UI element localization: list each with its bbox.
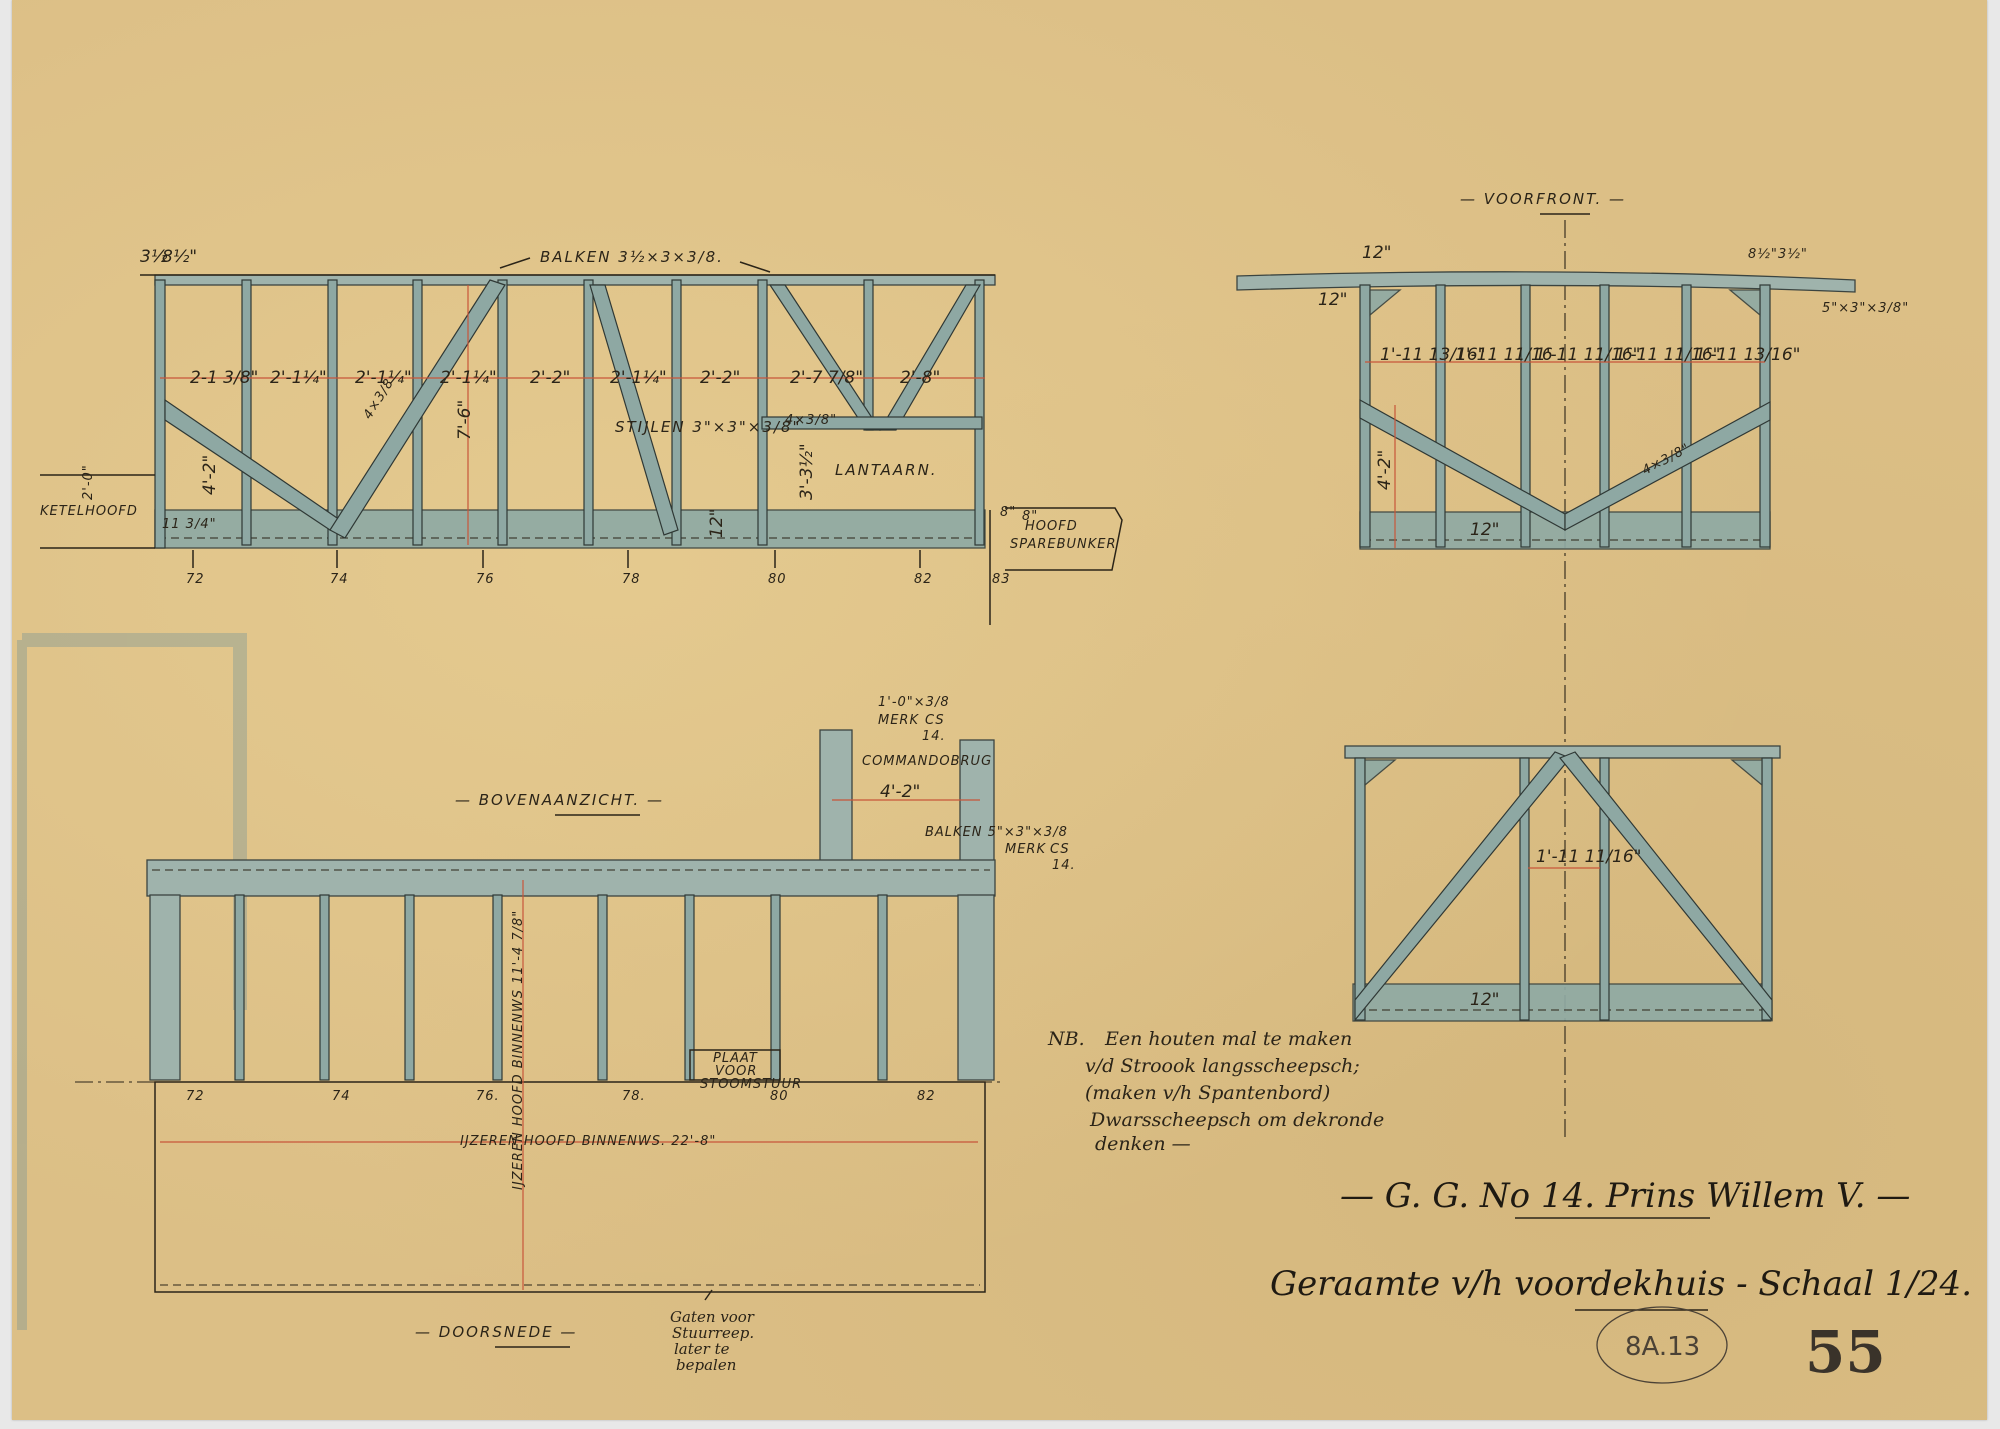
bridge-plate-label: 1'-0"×3/8 [878,695,950,710]
drawing-sheet: 4×3/8" 2-1 3/8" 2'-1¼" 2'-1¼" 2'-1¼" 2'-… [12,0,1987,1420]
note-line-2: v/d Stroook langsscheepsch; [1085,1055,1360,1077]
bay-width-2: 2'-1¼" [270,368,327,388]
plate-height: 12" [707,509,727,538]
bridge-beam-merk-number: 14. [1052,858,1076,873]
section-title: — DOORSNEDE — [415,1323,577,1341]
ketelhoofd-height: 2'-0" [81,464,96,500]
faded-outline [22,640,240,1330]
frame-72: 72 [186,572,205,587]
note-line-5: denken — [1095,1133,1191,1155]
front-height-brace: 4'-2" [1375,450,1395,490]
rear-elevation: 1'-11 11/16" 12" [1345,746,1780,1021]
front-plate-height: 12" [1470,520,1499,540]
front-bay-5: 1'-11 13/16" [1695,345,1800,365]
bridge-beam-merk-mark: CS [1050,842,1070,857]
height-overall: 7'-6" [455,400,475,440]
note-line-4: Dwarsscheepsch om dekronde [1089,1109,1384,1131]
inner-depth-label: IJZEREN HOOFD BINNENWS 11'-4 7/8" [511,910,526,1190]
plan-title: — BOVENAANZICHT. — [455,791,664,809]
frame-83: 83 [992,572,1011,587]
drawing-title: Geraamte v/h voordekhuis - Schaal 1/24. [1270,1264,1972,1304]
front-beam-label: 5"×3"×3/8" [1822,301,1909,316]
frame-78: 78 [622,572,641,587]
bay-width-9: 2'-8" [900,368,940,388]
front-view-title: — VOORFRONT. — [1460,190,1626,208]
bridge-merk-mark: CS [925,713,945,728]
bay-width-1: 2-1 3/8" [190,368,258,388]
ship-title: — G. G. No 14. Prins Willem V. — [1340,1176,1910,1216]
bridge-label: COMMANDOBRUG [862,754,992,769]
bunker-dim-a: 8" [1000,505,1016,520]
top-dim-b: 8½" [162,247,197,267]
lantern-label: LANTAARN. [835,461,938,479]
frame-80: 80 [768,572,787,587]
bay-width-7: 2'-2" [700,368,740,388]
frame-74: 74 [330,572,349,587]
archive-mark: 8A.13 [1625,1332,1700,1362]
inner-width-label: IJZEREN HOOFD BINNENWS. 22'-8" [460,1134,716,1149]
plan-frame-80: 80 [770,1089,789,1104]
bunker-dim-b: 8" [1022,509,1038,524]
bay-width-6: 2'-1¼" [610,368,667,388]
bay-width-8: 2'-7 7/8" [790,368,863,388]
bridge-merk-label: MERK [878,713,919,728]
plan-frame-78: 78. [622,1089,646,1104]
plan-view: — BOVENAANZICHT. — 1'-0"×3/8 MERK CS 14.… [75,695,1076,1374]
frame-82: 82 [914,572,933,587]
bay-width-5: 2'-2" [530,368,570,388]
frame-markers: 72 74 76 78 80 82 83 [186,550,1011,587]
front-top-dim-right-b: 3½" [1778,247,1808,262]
nb-note: NB. Een houten mal te maken v/d Stroook … [1047,1028,1384,1155]
note-line-3: (maken v/h Spantenbord) [1085,1082,1330,1104]
note-prefix: NB. [1047,1028,1085,1050]
bunker-label-2: SPAREBUNKER [1010,537,1117,552]
ketelhoofd-label: KETELHOOFD [40,504,138,519]
frame-76: 76 [476,572,495,587]
height-brace: 4'-2" [200,455,220,495]
sheet-number: 55 [1805,1318,1886,1386]
front-side-dim-left: 12" [1318,290,1347,310]
bridge-beam-label: BALKEN 5"×3"×3/8 [925,825,1068,840]
bridge-beam-merk: MERK [1005,842,1046,857]
front-top-dim-right-a: 8½" [1748,247,1778,262]
section-note-4: bepalen [676,1356,736,1374]
beam-label: BALKEN 3½×3×3/8. [540,248,724,266]
bottom-plate: 11 3/4" [162,517,217,532]
front-top-dim-left: 12" [1362,243,1391,263]
bay-width-4: 2'-1¼" [440,368,497,388]
plan-frame-76: 76. [476,1089,500,1104]
plan-frame-markers: 72 74 76. 78. 80 82 [186,1089,936,1104]
note-line-1: Een houten mal te maken [1104,1028,1352,1050]
title-block: — G. G. No 14. Prins Willem V. — Geraamt… [1270,1176,1972,1386]
lantern-height: 3'-3½" [797,443,817,500]
stiles-label: STIJLEN 3"×3"×3/8" [615,418,801,436]
plan-frame-82: 82 [917,1089,936,1104]
side-elevation: 4×3/8" 2-1 3/8" 2'-1¼" 2'-1¼" 2'-1¼" 2'-… [40,247,1122,625]
rear-plate-height: 12" [1470,990,1499,1010]
technical-drawing: 4×3/8" 2-1 3/8" 2'-1¼" 2'-1¼" 2'-1¼" 2'-… [12,0,1987,1420]
plan-frame-72: 72 [186,1089,205,1104]
rear-bay-width: 1'-11 11/16" [1536,847,1641,867]
bridge-width: 4'-2" [880,782,920,802]
plan-frame-74: 74 [332,1089,351,1104]
bridge-merk-number: 14. [922,729,946,744]
